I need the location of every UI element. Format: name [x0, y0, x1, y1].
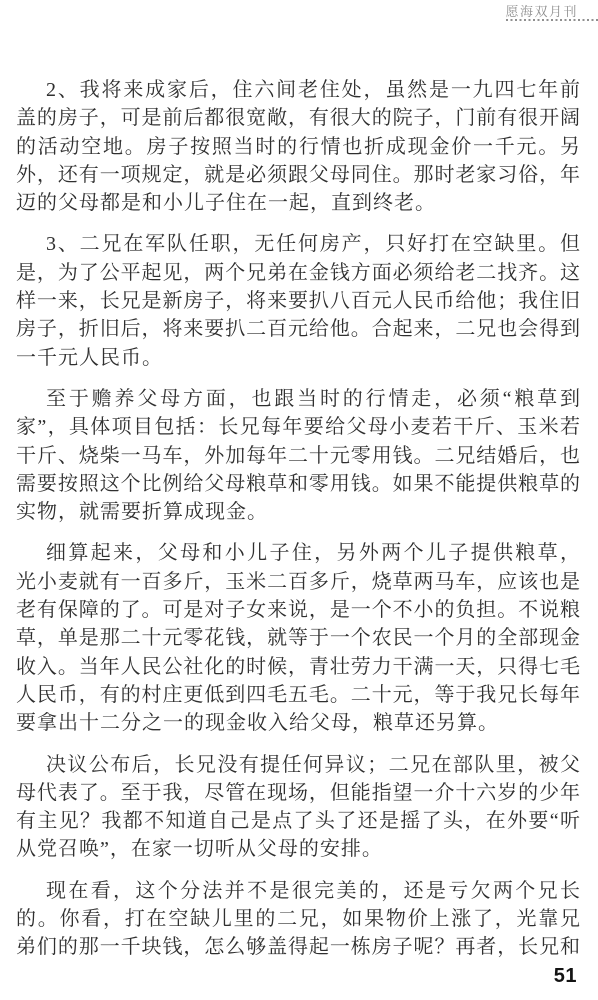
text-line: 2、我将来成家后，住六间老住处，虽然是一九四七年前 — [16, 76, 580, 104]
paragraph: 2、我将来成家后，住六间老住处，虽然是一九四七年前盖的房子，可是前后都很宽敞，有… — [16, 76, 580, 217]
paragraph: 决议公布后，长兄没有提任何异议；二兄在部队里，被父母代表了。至于我，尽管在现场，… — [16, 751, 580, 864]
text-line: 决议公布后，长兄没有提任何异议；二兄在部队里，被父 — [16, 751, 580, 779]
text-line: 是，为了公平起见，两个兄弟在金钱方面必须给老二找齐。这 — [16, 259, 580, 287]
text-line: 至于赡养父母方面，也跟当时的行情走，必须“粮草到 — [16, 385, 580, 413]
text-line: 人民币，有的村庄更低到四毛五毛。二十元，等于我兄长每年 — [16, 681, 580, 709]
text-line: 细算起来，父母和小儿子住，另外两个儿子提供粮草， — [16, 539, 580, 567]
text-line: 老有保障的了。可是对子女来说，是一个不小的负担。不说粮 — [16, 596, 580, 624]
header-dotted-rule — [506, 19, 598, 21]
text-line: 的活动空地。房子按照当时的行情也折成现金价一千元。另 — [16, 133, 580, 161]
text-line: 家”，具体项目包括：长兄每年要给父母小麦若干斤、玉米若 — [16, 413, 580, 441]
text-line: 现在看，这个分法并不是很完美的，还是亏欠两个兄长 — [16, 877, 580, 905]
paragraph: 至于赡养父母方面，也跟当时的行情走，必须“粮草到家”，具体项目包括：长兄每年要给… — [16, 385, 580, 526]
text-line: 草，单是那二十元零花钱，就等于一个农民一个月的全部现金 — [16, 624, 580, 652]
journal-title: 愿海双月刊 — [505, 1, 578, 20]
text-line: 要拿出十二分之一的现金收入给父母，粮草还另算。 — [16, 709, 580, 737]
scanned-document-page: 愿海双月刊 2、我将来成家后，住六间老住处，虽然是一九四七年前盖的房子，可是前后… — [0, 0, 598, 1000]
text-line: 干斤、烧柴一马车，外加每年二十元零用钱。二兄结婚后，也 — [16, 442, 580, 470]
text-line: 迈的父母都是和小儿子住在一起，直到终老。 — [16, 189, 580, 217]
text-line: 的。你看，打在空缺儿里的二兄，如果物价上涨了，光靠兄 — [16, 905, 580, 933]
text-line: 光小麦就有一百多斤，玉米二百多斤，烧草两马车，应该也是 — [16, 568, 580, 596]
text-line: 一千元人民币。 — [16, 344, 580, 372]
text-line: 3、二兄在军队任职，无任何房产，只好打在空缺里。但 — [16, 230, 580, 258]
paragraph: 3、二兄在军队任职，无任何房产，只好打在空缺里。但是，为了公平起见，两个兄弟在金… — [16, 230, 580, 371]
text-line: 样一来，长兄是新房子，将来要扒八百元人民币给他；我住旧 — [16, 287, 580, 315]
text-line: 收入。当年人民公社化的时候，青壮劳力干满一天，只得七毛 — [16, 653, 580, 681]
text-line: 房子，折旧后，将来要扒二百元给他。合起来，二兄也会得到 — [16, 315, 580, 343]
text-line: 盖的房子，可是前后都很宽敞，有很大的院子，门前有很开阔 — [16, 104, 580, 132]
text-line: 弟们的那一千块钱，怎么够盖得起一栋房子呢？再者，长兄和 — [16, 933, 580, 961]
text-line: 从党召唤”，在家一切听从父母的安排。 — [16, 835, 580, 863]
page-body: 2、我将来成家后，住六间老住处，虽然是一九四七年前盖的房子，可是前后都很宽敞，有… — [16, 76, 580, 962]
paragraph: 现在看，这个分法并不是很完美的，还是亏欠两个兄长的。你看，打在空缺儿里的二兄，如… — [16, 877, 580, 962]
text-line: 需要按照这个比例给父母粮草和零用钱。如果不能提供粮草的 — [16, 470, 580, 498]
text-line: 实物，就需要折算成现金。 — [16, 498, 580, 526]
text-line: 外，还有一项规定，就是必须跟父母同住。那时老家习俗，年 — [16, 161, 580, 189]
page-number: 51 — [554, 965, 577, 988]
text-line: 有主见？我都不知道自己是点了头了还是摇了头，在外要“听 — [16, 807, 580, 835]
text-line: 母代表了。至于我，尽管在现场，但能指望一介十六岁的少年 — [16, 779, 580, 807]
paragraph: 细算起来，父母和小儿子住，另外两个儿子提供粮草，光小麦就有一百多斤，玉米二百多斤… — [16, 539, 580, 737]
